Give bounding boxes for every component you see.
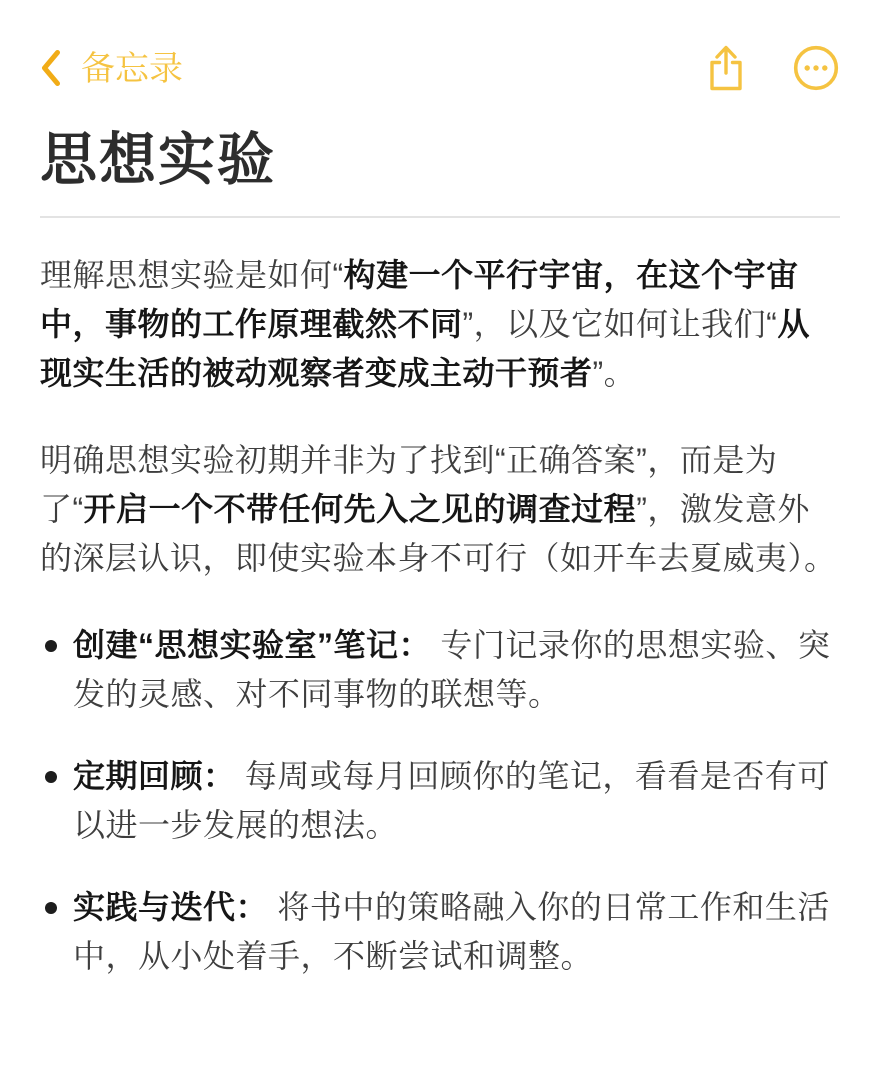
- nav-actions: [706, 44, 840, 92]
- bullet-lead-text: 创建“思想实验室”笔记：: [73, 627, 431, 663]
- text-segment: ”，以及它如何让我们“: [463, 306, 778, 342]
- chevron-left-icon: [40, 49, 61, 87]
- back-button-label: 备忘录: [81, 50, 183, 86]
- note-paragraphs: 理解思想实验是如何“构建一个平行宇宙，在这个宇宙中，事物的工作原理截然不同”，以…: [40, 251, 840, 583]
- bullet-item: 实践与迭代： 将书中的策略融入你的日常工作和生活中，从小处着手，不断尝试和调整。: [40, 883, 840, 981]
- back-button[interactable]: 备忘录: [40, 49, 183, 87]
- ellipsis-circle-icon: [792, 44, 840, 92]
- bullet-lead-text: 定期回顾：: [73, 758, 236, 794]
- note-content[interactable]: 理解思想实验是如何“构建一个平行宇宙，在这个宇宙中，事物的工作原理截然不同”，以…: [40, 218, 840, 981]
- bullet-lead-text: 实践与迭代：: [73, 889, 268, 925]
- notes-app-page: 备忘录 思想实验 理解思想实验是如何“构建一个平行: [0, 0, 880, 1076]
- note-bullet-list: 创建“思想实验室”笔记： 专门记录你的思想实验、突发的灵感、对不同事物的联想等。…: [40, 621, 840, 981]
- navigation-bar: 备忘录: [40, 0, 840, 92]
- bullet-item: 创建“思想实验室”笔记： 专门记录你的思想实验、突发的灵感、对不同事物的联想等。: [40, 621, 840, 719]
- paragraph: 明确思想实验初期并非为了找到“正确答案”，而是为了“开启一个不带任何先入之见的调…: [40, 436, 840, 583]
- text-segment: ”。: [593, 355, 637, 391]
- bold-text-segment: 开启一个不带任何先入之见的调查过程: [84, 491, 637, 527]
- share-button[interactable]: [706, 44, 746, 92]
- text-segment: 理解思想实验是如何“: [40, 257, 344, 293]
- note-title[interactable]: 思想实验: [40, 126, 840, 194]
- more-button[interactable]: [792, 44, 840, 92]
- share-icon: [706, 44, 746, 92]
- paragraph: 理解思想实验是如何“构建一个平行宇宙，在这个宇宙中，事物的工作原理截然不同”，以…: [40, 251, 840, 398]
- bullet-item: 定期回顾： 每周或每月回顾你的笔记，看看是否有可以进一步发展的想法。: [40, 752, 840, 850]
